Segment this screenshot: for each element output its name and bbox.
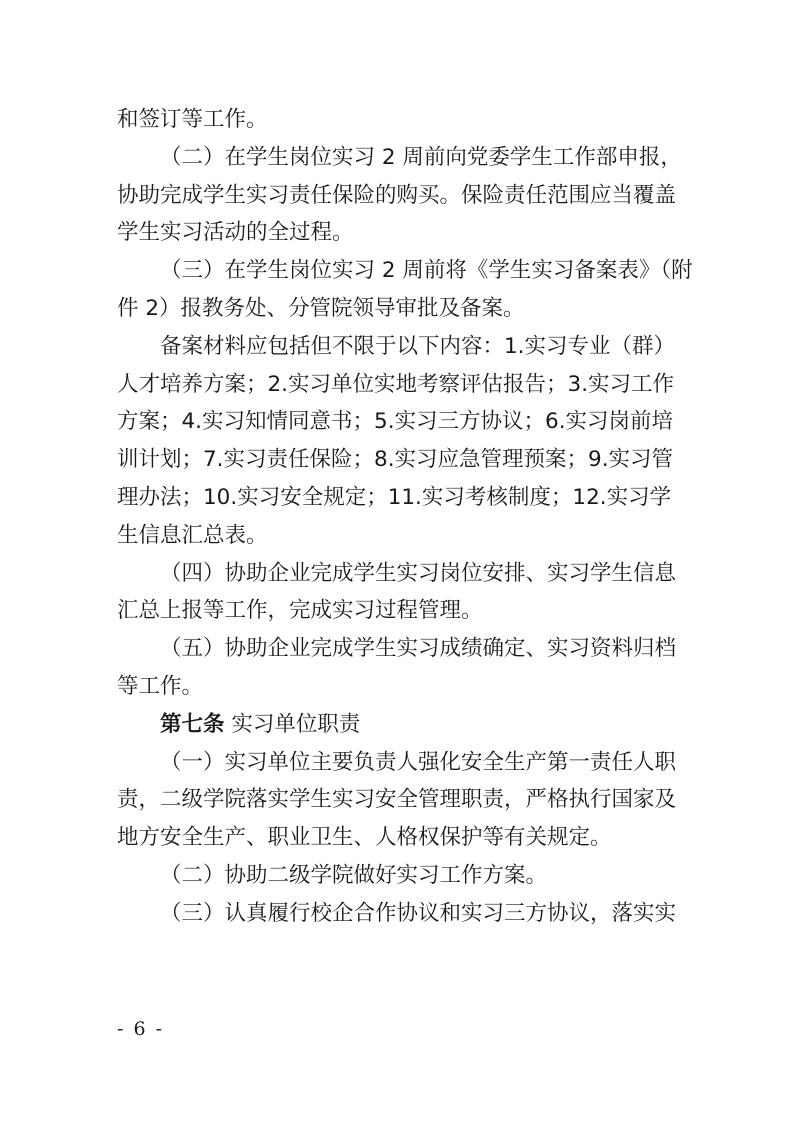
text-line-8: 人才培养方案；2.实习单位实地考察评估报告；3.实习工作 — [117, 366, 667, 404]
page-number: - 6 - — [117, 1018, 164, 1040]
text-line-7: 备案材料应包括但不限于以下内容：1.实习专业（群） — [117, 328, 667, 366]
text-line-4: 学生实习活动的全过程。 — [117, 214, 667, 252]
document-page: 和签订等工作。 （二）在学生岗位实习 2 周前向党委学生工作部申报， 协助完成学… — [117, 101, 667, 933]
text-line-6: 件 2）报教务处、分管院领导审批及备案。 — [117, 290, 667, 328]
text-line-10: 训计划；7.实习责任保险；8.实习应急管理预案；9.实习管 — [117, 441, 667, 479]
text-line-15: （五）协助企业完成学生实习成绩确定、实习资料归档 — [117, 630, 667, 668]
text-line-14: 汇总上报等工作，完成实习过程管理。 — [117, 592, 667, 630]
article-number: 第七条 — [160, 712, 225, 737]
text-line-20: 地方安全生产、职业卫生、人格权保护等有关规定。 — [117, 819, 667, 857]
text-line-9: 方案；4.实习知情同意书；5.实习三方协议；6.实习岗前培 — [117, 403, 667, 441]
text-line-19: 责，二级学院落实学生实习安全管理职责，严格执行国家及 — [117, 781, 667, 819]
text-line-2: （二）在学生岗位实习 2 周前向党委学生工作部申报， — [117, 139, 667, 177]
text-line-22: （三）认真履行校企合作协议和实习三方协议，落实实 — [117, 895, 667, 933]
article-heading: 第七条 实习单位职责 — [117, 706, 667, 744]
text-line-21: （二）协助二级学院做好实习工作方案。 — [117, 857, 667, 895]
text-line-11: 理办法；10.实习安全规定；11.实习考核制度；12.实习学 — [117, 479, 667, 517]
article-title: 实习单位职责 — [231, 712, 360, 737]
text-line-13: （四）协助企业完成学生实习岗位安排、实习学生信息 — [117, 555, 667, 593]
text-line-3: 协助完成学生实习责任保险的购买。保险责任范围应当覆盖 — [117, 177, 667, 215]
text-line-16: 等工作。 — [117, 668, 667, 706]
text-line-12: 生信息汇总表。 — [117, 517, 667, 555]
text-line-18: （一）实习单位主要负责人强化安全生产第一责任人职 — [117, 744, 667, 782]
text-line-1: 和签订等工作。 — [117, 101, 667, 139]
text-line-5: （三）在学生岗位实习 2 周前将《学生实习备案表》（附 — [117, 252, 667, 290]
